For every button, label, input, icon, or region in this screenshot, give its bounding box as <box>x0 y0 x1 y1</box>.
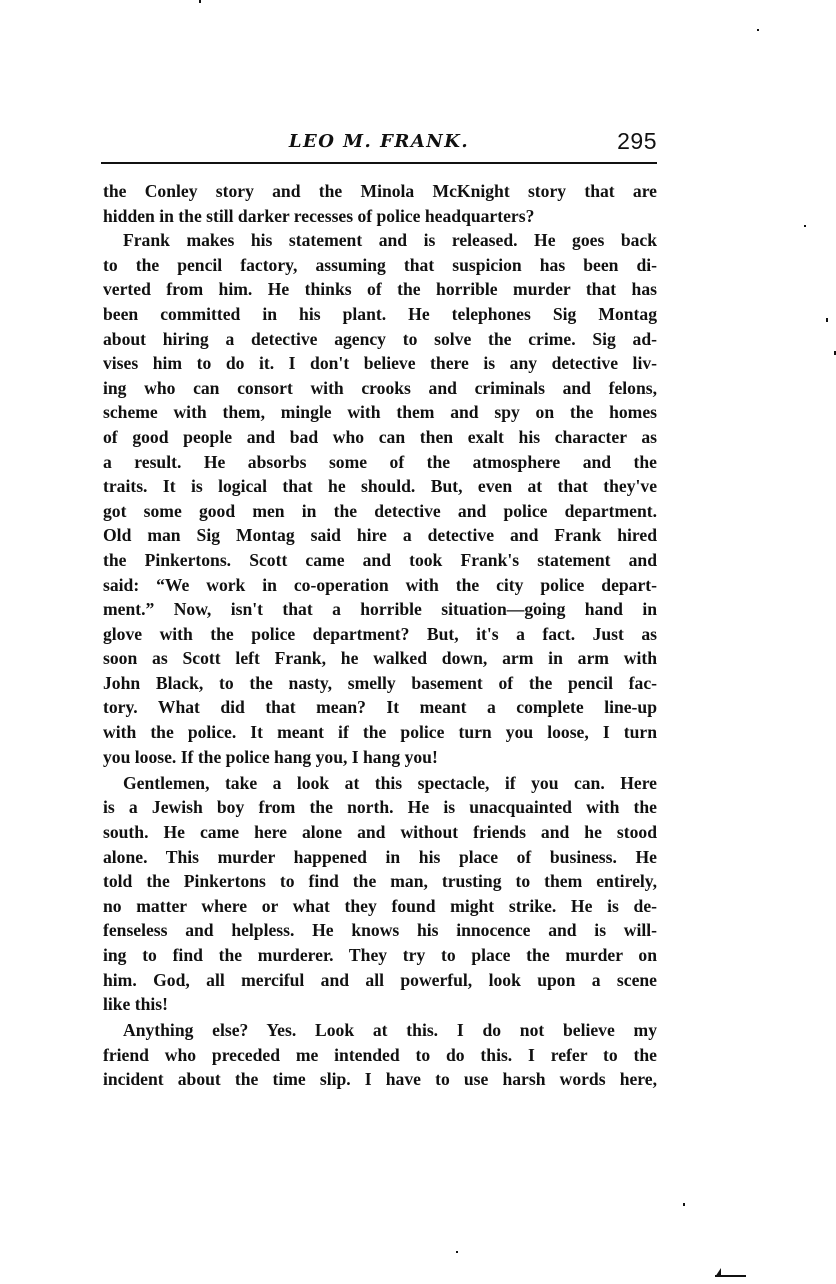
text-line: got some good men in the detective and p… <box>103 499 657 524</box>
text-line: ing to find the murderer. They try to pl… <box>103 943 657 968</box>
text-line: tory. What did that mean? It meant a com… <box>103 695 657 720</box>
text-line: hidden in the still darker recesses of p… <box>103 204 657 229</box>
text-line: alone. This murder happened in his place… <box>103 845 657 870</box>
scan-speck <box>199 0 201 3</box>
text-line: him. God, all merciful and all powerful,… <box>103 968 657 993</box>
text-line: Gentlemen, take a look at this spectacle… <box>103 771 657 796</box>
text-line: scheme with them, mingle with them and s… <box>103 400 657 425</box>
text-line: south. He came here alone and without fr… <box>103 820 657 845</box>
text-line: Anything else? Yes. Look at this. I do n… <box>103 1018 657 1043</box>
text-line: fenseless and helpless. He knows his inn… <box>103 918 657 943</box>
paragraph-continued: the Conley story and the Minola McKnight… <box>103 179 657 228</box>
text-line: of good people and bad who can then exal… <box>103 425 657 450</box>
text-line: John Black, to the nasty, smelly basemen… <box>103 671 657 696</box>
text-line: like this! <box>103 992 657 1017</box>
text-line: with the police. It meant if the police … <box>103 720 657 745</box>
scan-speck <box>826 318 828 322</box>
text-line: no matter where or what they found might… <box>103 894 657 919</box>
header-rule <box>101 162 657 164</box>
text-line: the Pinkertons. Scott came and took Fran… <box>103 548 657 573</box>
text-line: Frank makes his statement and is release… <box>103 228 657 253</box>
scan-speck <box>456 1251 458 1253</box>
text-line: Old man Sig Montag said hire a detective… <box>103 523 657 548</box>
scan-speck <box>683 1203 685 1206</box>
scan-speck <box>804 225 806 227</box>
page-number: 295 <box>617 128 657 155</box>
text-line: to the pencil factory, assuming that sus… <box>103 253 657 278</box>
text-line: been committed in his plant. He telephon… <box>103 302 657 327</box>
corner-mark-bar <box>715 1275 746 1277</box>
paragraph: Anything else? Yes. Look at this. I do n… <box>103 1018 657 1092</box>
text-line: told the Pinkertons to find the man, tru… <box>103 869 657 894</box>
text-line: verted from him. He thinks of the horrib… <box>103 277 657 302</box>
running-head: LEO M. FRANK. 295 <box>101 128 657 158</box>
running-title: LEO M. FRANK. <box>101 131 657 152</box>
text-line: you loose. If the police hang you, I han… <box>103 745 657 770</box>
body-text: the Conley story and the Minola McKnight… <box>103 179 657 1092</box>
scan-speck <box>757 29 759 31</box>
text-line: soon as Scott left Frank, he walked down… <box>103 646 657 671</box>
text-line: said: “We work in co-operation with the … <box>103 573 657 598</box>
scan-corner-mark <box>715 1269 745 1279</box>
text-line: a result. He absorbs some of the atmosph… <box>103 450 657 475</box>
text-line: about hiring a detective agency to solve… <box>103 327 657 352</box>
book-page: LEO M. FRANK. 295 the Conley story and t… <box>0 0 836 1284</box>
text-line: incident about the time slip. I have to … <box>103 1067 657 1092</box>
text-line: ing who can consort with crooks and crim… <box>103 376 657 401</box>
text-line: vises him to do it. I don't believe ther… <box>103 351 657 376</box>
text-line: traits. It is logical that he should. Bu… <box>103 474 657 499</box>
text-line: is a Jewish boy from the north. He is un… <box>103 795 657 820</box>
text-line: glove with the police department? But, i… <box>103 622 657 647</box>
paragraph: Gentlemen, take a look at this spectacle… <box>103 771 657 1017</box>
paragraph: Frank makes his statement and is release… <box>103 228 657 769</box>
text-line: ment.” Now, isn't that a horrible situat… <box>103 597 657 622</box>
text-line: friend who preceded me intended to do th… <box>103 1043 657 1068</box>
text-line: the Conley story and the Minola McKnight… <box>103 179 657 204</box>
